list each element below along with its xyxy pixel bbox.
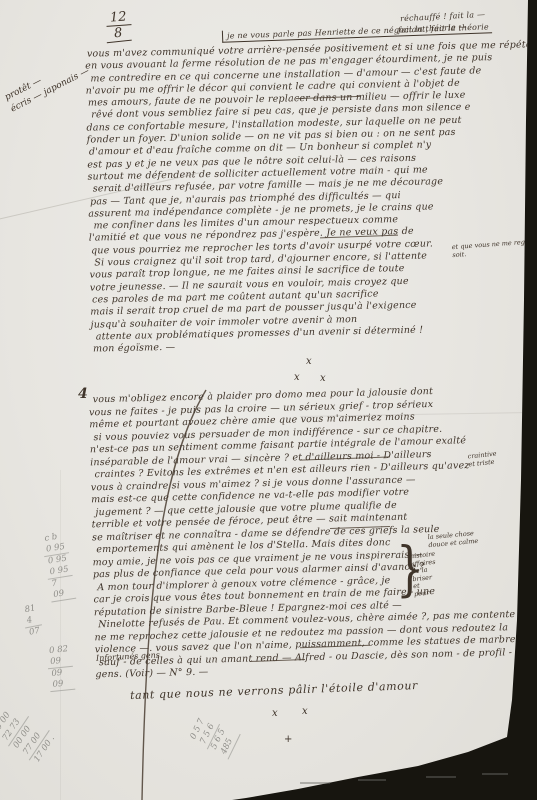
pencil-calc-line: 09 bbox=[50, 587, 77, 603]
pencil-calc-group-a: c b0 950 950 95709 bbox=[41, 530, 76, 602]
letter-paragraph-1: vous m'avez communiqué votre arrière-pen… bbox=[85, 39, 531, 356]
paper-sheet: 12 8 je ne vous parle pas Henriette de c… bbox=[0, 0, 537, 800]
pencil-calc-line: 09 bbox=[49, 678, 75, 693]
scan-artifact-mark bbox=[482, 773, 508, 775]
margin-note-right-2: craintive et triste bbox=[467, 451, 498, 469]
pencil-calc-group-d: 00 0072 7300 0077 0017 00 . bbox=[0, 703, 60, 767]
page-number-bottom: 8 bbox=[105, 25, 131, 43]
pencil-calc-group-c: 0 82090909 bbox=[46, 644, 76, 692]
pencil-calc-group-b: 81407 bbox=[21, 603, 44, 640]
section-mark-x: x bbox=[306, 356, 312, 367]
margin-note-top-left: protêt — écris — japonais — bbox=[3, 54, 92, 117]
closing-line: tant que nous ne verrons pâlir l'étoile … bbox=[130, 679, 418, 702]
scanned-letter-page: 12 8 je ne vous parle pas Henriette de c… bbox=[0, 0, 537, 800]
scan-artifact-mark bbox=[426, 776, 456, 778]
pencil-calc-line: 07 bbox=[25, 625, 44, 639]
scan-artifact-mark bbox=[358, 779, 386, 781]
bottom-mark-x: x bbox=[272, 708, 278, 719]
paper-crease bbox=[60, 470, 61, 800]
scan-artifact-mark bbox=[300, 782, 330, 784]
page-number-fraction: 12 8 bbox=[106, 10, 131, 42]
pencil-calc-group-e: 0 5 77 5 65 6 5485 bbox=[187, 714, 240, 759]
section-mark-x: x bbox=[320, 373, 326, 384]
bottom-mark-x: x bbox=[302, 706, 308, 717]
bottom-mark-plus: + bbox=[284, 734, 292, 745]
margin-brace-words: histoireaffairesde labriseretpour bbox=[410, 551, 440, 598]
paragraph-number: 4 bbox=[78, 386, 88, 402]
section-mark-x: x bbox=[294, 372, 300, 383]
